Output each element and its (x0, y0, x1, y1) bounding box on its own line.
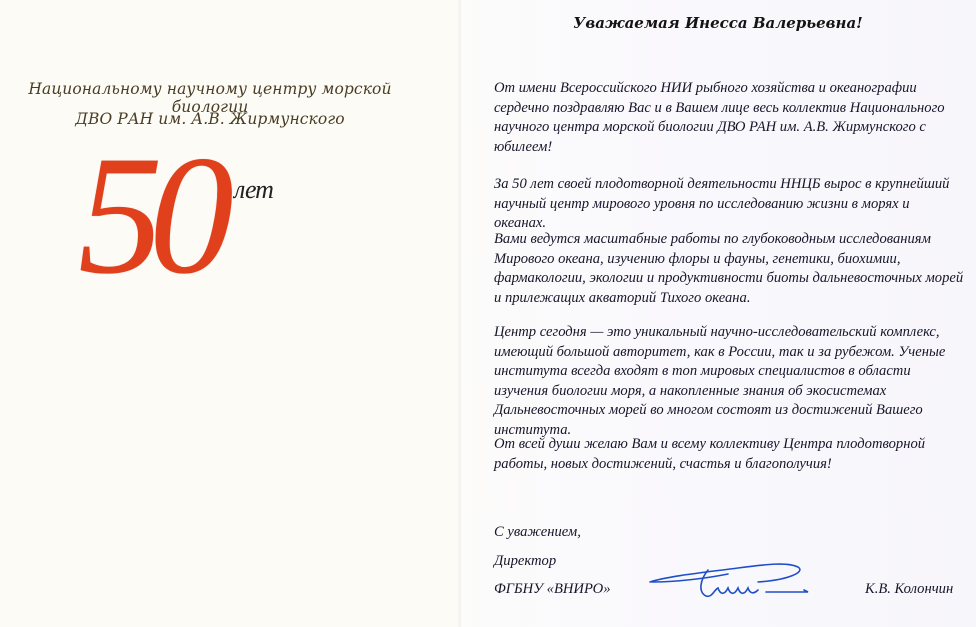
salutation: Уважаемая Инесса Валерьевна! (460, 14, 976, 32)
letter-paragraph: Центр сегодня — это уникальный научно-ис… (494, 323, 964, 440)
signer-position: Директор (494, 553, 556, 570)
paragraph-text: Центр сегодня — это уникальный научно-ис… (494, 323, 964, 440)
left-page: Национальному научному центру морской би… (0, 0, 460, 627)
anniversary-number: 50 (78, 130, 220, 300)
paragraph-text: От имени Всероссийского НИИ рыбного хозя… (494, 79, 964, 157)
page-fold-divider (458, 0, 462, 627)
letter-paragraph: За 50 лет своей плодотворной деятельност… (494, 175, 964, 234)
letter-paragraph: От имени Всероссийского НИИ рыбного хозя… (494, 79, 964, 157)
paragraph-text: Вами ведутся масштабные работы по глубок… (494, 230, 964, 308)
letter-paragraph: От всей души желаю Вам и всему коллектив… (494, 435, 964, 474)
paragraph-text: За 50 лет своей плодотворной деятельност… (494, 175, 964, 234)
signature-icon (648, 558, 888, 608)
signer-name: К.В. Колончин (865, 581, 953, 598)
letter-paragraph: Вами ведутся масштабные работы по глубок… (494, 230, 964, 308)
signer-organization: ФГБНУ «ВНИРО» (494, 581, 611, 598)
paragraph-text: От всей души желаю Вам и всему коллектив… (494, 435, 964, 474)
closing-phrase: С уважением, (494, 524, 581, 541)
anniversary-unit: лет (234, 175, 273, 205)
